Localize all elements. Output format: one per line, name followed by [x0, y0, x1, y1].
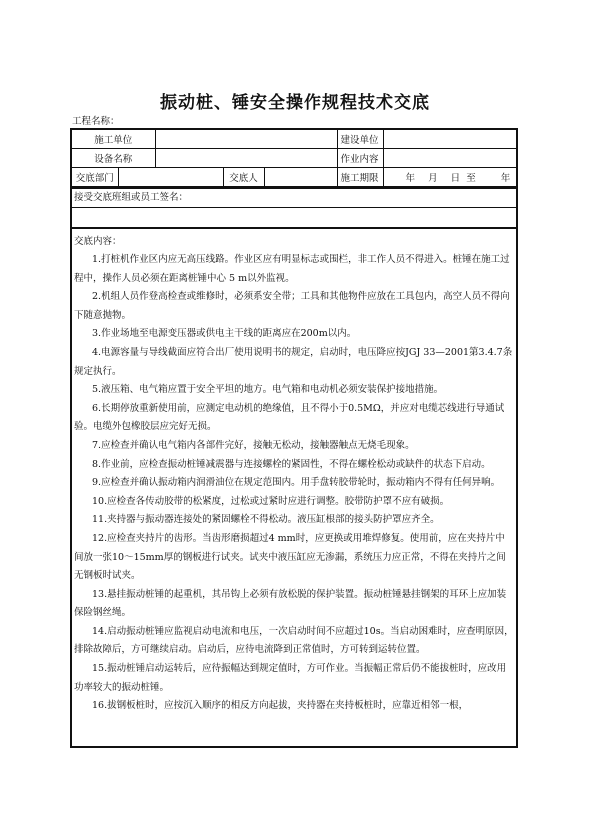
equipment-name-field[interactable]: [155, 149, 337, 168]
construction-period-field[interactable]: 年 月 日 至 年 月 日: [383, 168, 518, 187]
client-unit-field[interactable]: [383, 130, 518, 149]
content-item: 16.拔钢板桩时，应按沉入顺序的相反方向起拔，夹持器在夹持板桩时，应靠近相邻一根…: [74, 697, 514, 716]
table-row: 交底部门 交底人 施工期限 年 月 日 至 年 月 日: [72, 168, 518, 187]
content-item: 1.打桩机作业区内应无高压线路。作业区应有明显标志或围栏，非工作人员不得进入。桩…: [74, 251, 514, 288]
table-row: 施工单位 建设单位: [72, 130, 518, 149]
disclosure-dept-field[interactable]: [118, 168, 223, 187]
client-unit-label: 建设单位: [337, 130, 383, 149]
content-item: 7.应检查并确认电气箱内各部件完好，接触无松动，接触器触点无烧毛现象。: [74, 437, 514, 456]
content-item: 3.作业场地至电源变压器或供电主干线的距离应在200m以内。: [74, 325, 514, 344]
content-item: 2.机组人员作登高检查或维修时，必须系安全带；工具和其他物件应放在工具包内，高空…: [74, 288, 514, 325]
content-item: 13.悬挂振动桩锤的起重机，其吊钩上必须有放松脱的保护装置。振动桩锤悬挂钢架的耳…: [74, 586, 514, 623]
construction-unit-label: 施工单位: [72, 130, 155, 149]
work-content-field[interactable]: [383, 149, 518, 168]
disclosure-content: 交底内容： 1.打桩机作业区内应无高压线路。作业区应有明显标志或围栏，非工作人员…: [72, 227, 516, 716]
content-item: 5.液压箱、电气箱应置于安全平坦的地方。电气箱和电动机必须安装保护接地措施。: [74, 381, 514, 400]
content-item: 14.启动振动桩锤应监视启动电流和电压，一次启动时间不应超过10s。当启动困难时…: [74, 623, 514, 660]
content-item: 12.应检查夹持片的齿形。当齿形磨损超过4 mm时，应更换或用堆焊修复。使用前，…: [74, 530, 514, 586]
end-year: 年: [501, 170, 511, 184]
start-year: 年: [406, 170, 416, 184]
info-table: 施工单位 建设单位 设备名称 作业内容 交底部门 交底人 施工期限 年 月 日 …: [72, 130, 518, 187]
content-item: 8.作业前，应检查振动桩锤减震器与连接螺栓的紧固性，不得在螺栓松动或缺件的状态下…: [74, 456, 514, 475]
work-content-label: 作业内容: [337, 149, 383, 168]
content-item: 10.应检查各传动胶带的松紧度，过松或过紧时应进行调整。胶带防护罩不应有破损。: [74, 493, 514, 512]
disclosure-form: 施工单位 建设单位 设备名称 作业内容 交底部门 交底人 施工期限 年 月 日 …: [70, 128, 518, 748]
discloser-field[interactable]: [264, 168, 337, 187]
content-item: 11.夹持器与振动器连接处的紧固螺栓不得松动。液压缸根部的接头防护罩应齐全。: [74, 511, 514, 530]
content-item: 9.应检查并确认振动箱内润滑油位在规定范围内。用手盘转胶带轮时，振动箱内不得有任…: [74, 474, 514, 493]
document-title: 振动桩、锤安全操作规程技术交底: [0, 88, 590, 113]
content-heading: 交底内容：: [74, 233, 514, 251]
start-day: 日: [451, 170, 461, 184]
content-item: 4.电源容量与导线截面应符合出厂使用说明书的规定，启动时，电压降应按JGJ 33…: [74, 344, 514, 381]
construction-unit-field[interactable]: [155, 130, 337, 149]
equipment-name-label: 设备名称: [72, 149, 155, 168]
start-month: 月: [428, 170, 438, 184]
disclosure-dept-label: 交底部门: [72, 168, 118, 187]
project-name-label: 工程名称：: [72, 113, 120, 127]
content-item: 6.长期停放重新使用前，应测定电动机的绝缘值，且不得小于0.5MΩ，并应对电缆芯…: [74, 400, 514, 437]
signature-label: 接受交底班组或员工签名：: [72, 187, 516, 207]
construction-period-label: 施工期限: [337, 168, 383, 187]
signature-field[interactable]: [72, 207, 516, 227]
table-row: 设备名称 作业内容: [72, 149, 518, 168]
date-to: 至: [466, 170, 476, 184]
discloser-label: 交底人: [223, 168, 264, 187]
content-item: 15.振动桩锤启动运转后，应待振幅达到规定值时，方可作业。当振幅正常后仍不能拔桩…: [74, 660, 514, 697]
